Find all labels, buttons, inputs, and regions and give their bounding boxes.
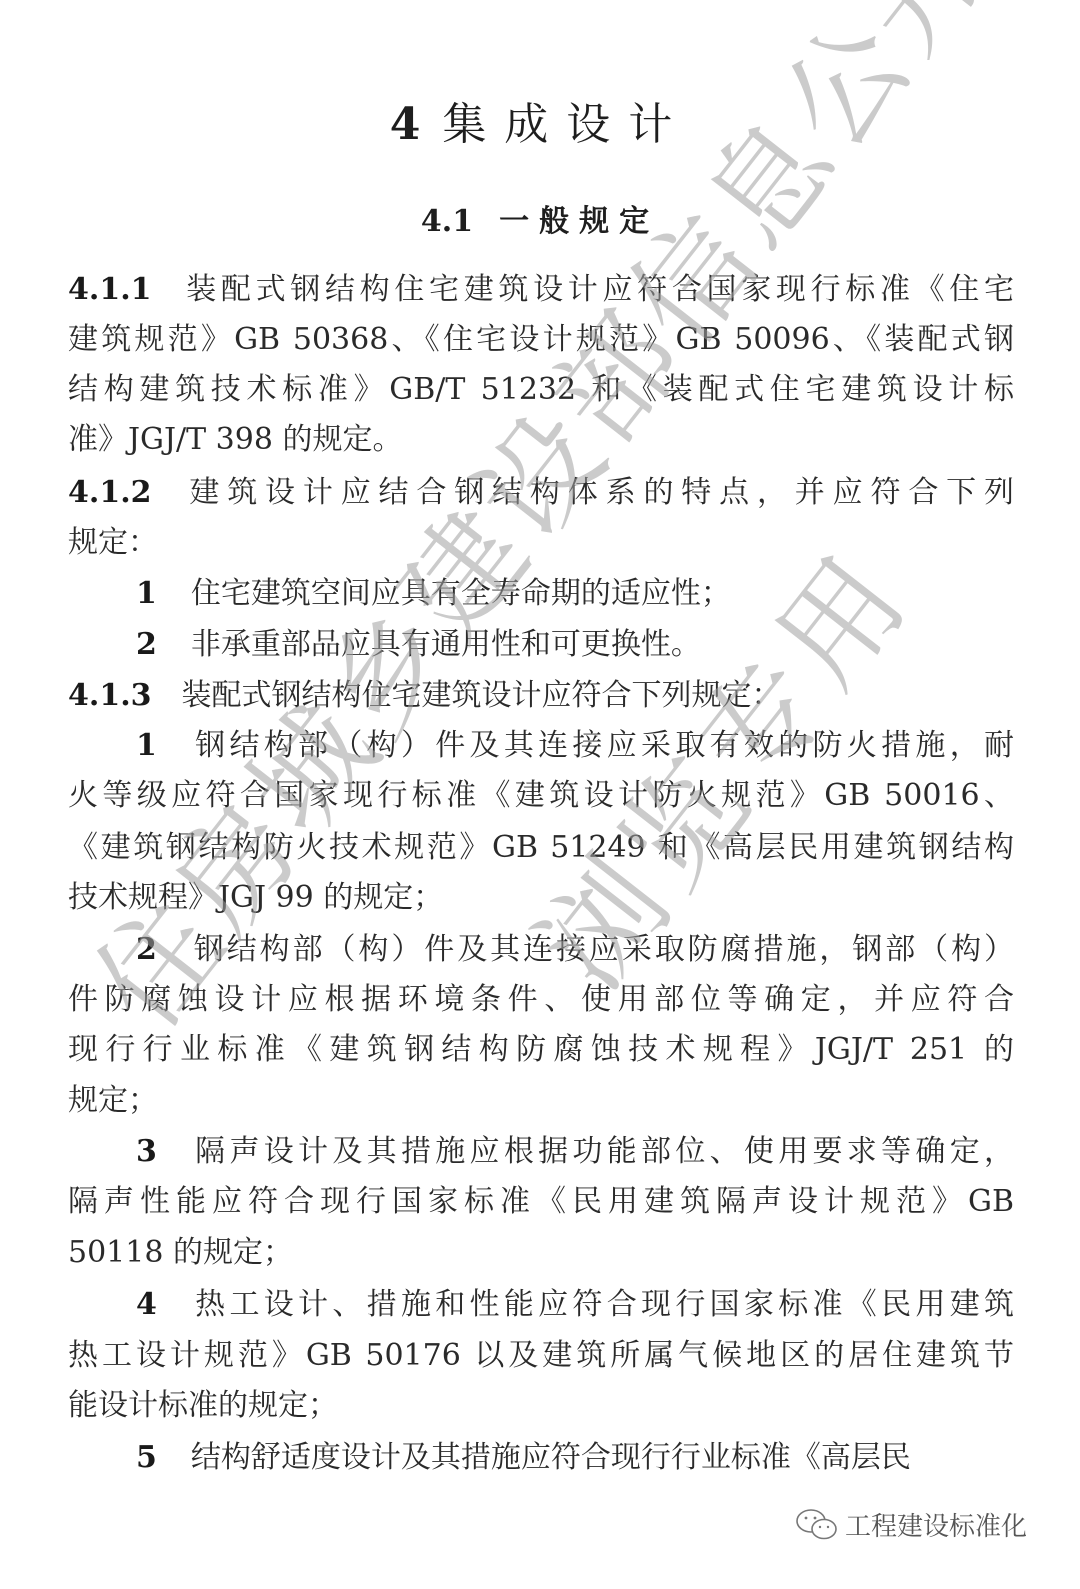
line-text: 热工设计规范》GB 50176 以及建筑所属气候地区的居住建筑节 xyxy=(68,1338,1014,1373)
line-text: 现行行业标准《建筑钢结构防腐蚀技术规程》JGJ/T 251 的 xyxy=(68,1032,1014,1067)
line-text: 建筑规范》GB 50368、《住宅设计规范》GB 50096、《装配式钢 xyxy=(68,322,1014,357)
text-line: 隔声性能应符合现行国家标准《民用建筑隔声设计规范》GB xyxy=(68,1184,1014,1220)
text-line: 技术规程》JGJ 99 的规定； xyxy=(68,880,1014,916)
line-text: 住宅建筑空间应具有全寿命期的适应性； xyxy=(191,576,731,611)
item-line: 2钢结构部（构）件及其连接应采取防腐措施，钢部（构） xyxy=(68,932,1014,968)
chapter-title-text: 集成设计 xyxy=(442,99,690,150)
text-line: 热工设计规范》GB 50176 以及建筑所属气候地区的居住建筑节 xyxy=(68,1338,1014,1374)
item-line: 5结构舒适度设计及其措施应符合现行行业标准《高层民 xyxy=(68,1440,1014,1476)
text-line: 现行行业标准《建筑钢结构防腐蚀技术规程》JGJ/T 251 的 xyxy=(68,1032,1014,1068)
line-text: 技术规程》JGJ 99 的规定； xyxy=(68,880,443,915)
line-text: 建筑设计应结合钢结构体系的特点，并应符合下列 xyxy=(182,475,1014,510)
line-text: 准》JGJ/T 398 的规定。 xyxy=(68,422,402,457)
text-line: 结构建筑技术标准》GB/T 51232 和《装配式住宅建筑设计标 xyxy=(68,372,1014,408)
clause-line: 4.1.2建筑设计应结合钢结构体系的特点，并应符合下列 xyxy=(68,475,1014,511)
line-text: 能设计标准的规定； xyxy=(68,1388,338,1423)
line-text: 热工设计、措施和性能应符合现行国家标准《民用建筑 xyxy=(191,1287,1014,1322)
line-text: 结构建筑技术标准》GB/T 51232 和《装配式住宅建筑设计标 xyxy=(68,372,1014,407)
clause-number: 4.1.2 xyxy=(68,475,152,510)
item-line: 1住宅建筑空间应具有全寿命期的适应性； xyxy=(68,576,1014,612)
line-text: 结构舒适度设计及其措施应符合现行行业标准《高层民 xyxy=(191,1440,911,1475)
text-line: 规定； xyxy=(68,1083,1014,1119)
line-text: 件防腐蚀设计应根据环境条件、使用部位等确定，并应符合 xyxy=(68,982,1014,1017)
text-line: 火等级应符合国家现行标准《建筑设计防火规范》GB 50016、 xyxy=(68,778,1014,814)
line-text: 火等级应符合国家现行标准《建筑设计防火规范》GB 50016、 xyxy=(68,778,1014,813)
line-text: 规定； xyxy=(68,1083,158,1118)
clause-line: 4.1.1装配式钢结构住宅建筑设计应符合国家现行标准《住宅 xyxy=(68,272,1014,308)
text-line: 准》JGJ/T 398 的规定。 xyxy=(68,422,1014,458)
section-title-text: 一般规定 xyxy=(499,204,659,239)
item-number: 2 xyxy=(136,932,157,967)
text-line: 50118 的规定； xyxy=(68,1235,1014,1271)
line-text: 隔声设计及其措施应根据功能部位、使用要求等确定， xyxy=(191,1134,1014,1169)
line-text: 规定： xyxy=(68,525,158,560)
item-number: 1 xyxy=(136,728,157,763)
item-number: 3 xyxy=(136,1134,157,1169)
item-number: 2 xyxy=(136,627,157,662)
clause-number: 4.1.3 xyxy=(68,678,152,713)
line-text: 非承重部品应具有通用性和可更换性。 xyxy=(191,627,701,662)
text-line: 《建筑钢结构防火技术规范》GB 51249 和《高层民用建筑钢结构 xyxy=(68,830,1014,866)
section-title: 4.1一般规定 xyxy=(0,196,1080,240)
section-number: 4.1 xyxy=(421,204,473,239)
text-line: 规定： xyxy=(68,525,1014,561)
chapter-title: 4集成设计 xyxy=(0,88,1080,152)
line-text: 钢结构部（构）件及其连接应采取防腐措施，钢部（构） xyxy=(191,932,1014,967)
text-line: 件防腐蚀设计应根据环境条件、使用部位等确定，并应符合 xyxy=(68,982,1014,1018)
item-number: 1 xyxy=(136,576,157,611)
document-page: 4集成设计 4.1一般规定 4.1.1装配式钢结构住宅建筑设计应符合国家现行标准… xyxy=(0,0,1080,1589)
line-text: 隔声性能应符合现行国家标准《民用建筑隔声设计规范》GB xyxy=(68,1184,1014,1219)
item-line: 3隔声设计及其措施应根据功能部位、使用要求等确定， xyxy=(68,1134,1014,1170)
clause-number: 4.1.1 xyxy=(68,272,152,307)
item-line: 2非承重部品应具有通用性和可更换性。 xyxy=(68,627,1014,663)
item-line: 4热工设计、措施和性能应符合现行国家标准《民用建筑 xyxy=(68,1287,1014,1323)
item-line: 1钢结构部（构）件及其连接应采取有效的防火措施，耐 xyxy=(68,728,1014,764)
wechat-icon xyxy=(795,1507,839,1543)
account-signature: 工程建设标准化 xyxy=(795,1506,1027,1543)
line-text: 装配式钢结构住宅建筑设计应符合国家现行标准《住宅 xyxy=(182,272,1014,307)
chapter-number: 4 xyxy=(390,99,421,150)
text-line: 能设计标准的规定； xyxy=(68,1388,1014,1424)
item-number: 5 xyxy=(136,1440,157,1475)
line-text: 装配式钢结构住宅建筑设计应符合下列规定： xyxy=(182,678,782,713)
line-text: 钢结构部（构）件及其连接应采取有效的防火措施，耐 xyxy=(191,728,1014,763)
item-number: 4 xyxy=(136,1287,157,1322)
clause-line: 4.1.3装配式钢结构住宅建筑设计应符合下列规定： xyxy=(68,678,1014,714)
line-text: 《建筑钢结构防火技术规范》GB 51249 和《高层民用建筑钢结构 xyxy=(68,830,1014,865)
account-name: 工程建设标准化 xyxy=(845,1506,1027,1543)
text-line: 建筑规范》GB 50368、《住宅设计规范》GB 50096、《装配式钢 xyxy=(68,322,1014,358)
line-text: 50118 的规定； xyxy=(68,1235,293,1270)
